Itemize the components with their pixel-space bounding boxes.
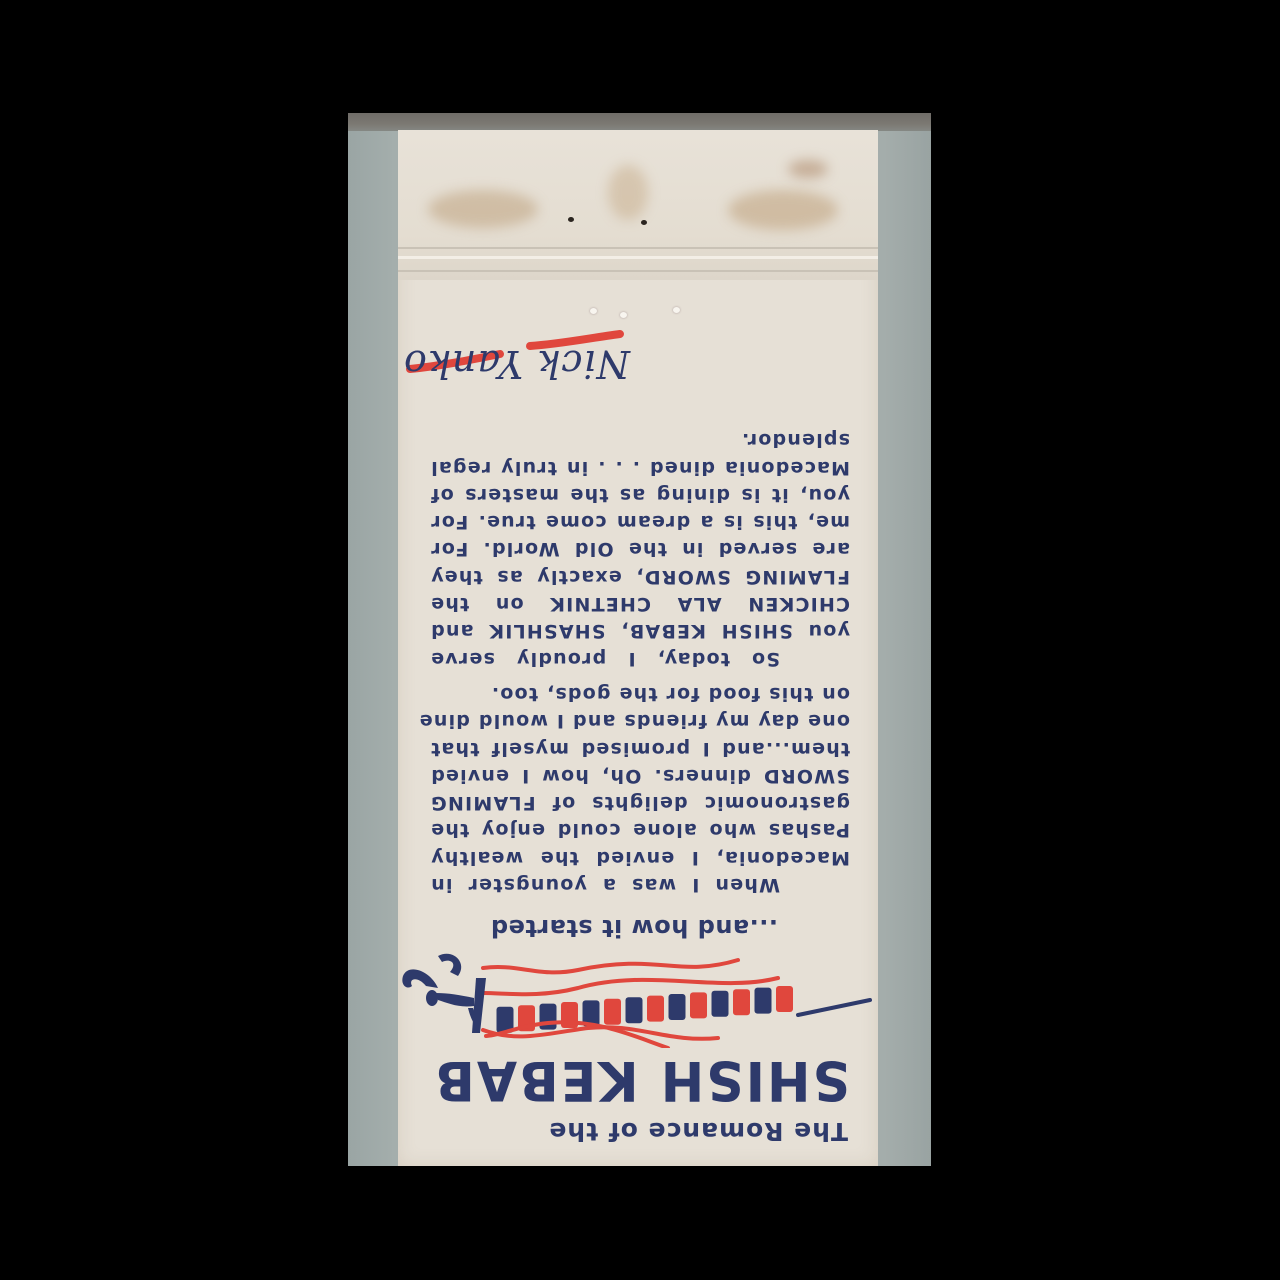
story-line: So today, I proudly serve <box>430 644 850 671</box>
stain <box>788 160 828 178</box>
matchbook-cover: The Romance of the SHISH KEBAB <box>398 130 878 1166</box>
signature-text: Nick Yanko <box>403 342 630 386</box>
fold-line <box>398 247 878 249</box>
fold-line <box>398 256 878 259</box>
subheading: ...and how it started <box>490 914 778 942</box>
story-line: SWORD dinners. Oh, how I envied <box>430 762 850 789</box>
scan-background: The Romance of the SHISH KEBAB <box>348 113 931 1166</box>
story-line: splendor. <box>430 426 850 453</box>
story-line: Macedonia, I envied the wealthy <box>430 843 850 870</box>
story-line: them...and I promised myself that <box>430 734 850 761</box>
signature: Nick Yanko <box>400 306 630 396</box>
story-line: CHICKEN ALA CHETNIK on the <box>430 590 850 617</box>
headline: SHISH KEBAB <box>433 1049 850 1112</box>
story-line: are served in the Old World. For <box>430 535 850 562</box>
fold-line <box>398 270 878 272</box>
story-line: gastronomic delights of FLAMING <box>430 789 850 816</box>
stain <box>428 190 538 228</box>
story-line: me, this is a dream come true. For <box>430 508 850 535</box>
story-line: When I was a youngster in <box>430 871 850 898</box>
story-text: When I was a youngster inMacedonia, I en… <box>430 426 850 898</box>
story-line: Macedonia dined . . . in truly regal <box>430 453 850 480</box>
story-line: you SHISH KEBAB, SHASHLIK and <box>430 617 850 644</box>
intro-line: The Romance of the <box>548 1117 848 1146</box>
printed-content-upside-down: The Romance of the SHISH KEBAB <box>398 280 878 1166</box>
flaming-sword-kebab-icon <box>398 943 878 1048</box>
striker-fold-area <box>398 130 878 280</box>
burn-mark <box>568 217 574 222</box>
story-line: on this food for the gods, too. <box>430 680 850 707</box>
burn-mark <box>641 220 647 225</box>
scanner-top-strip <box>348 113 931 131</box>
story-line: Pashas who alone could enjoy the <box>430 816 850 843</box>
story-line: FLAMING SWORD, exactly as they <box>430 562 850 589</box>
stain <box>728 190 838 230</box>
story-line: you, it is dining as the masters of <box>430 481 850 508</box>
story-line: one day my friends and I would dine <box>430 707 850 734</box>
stain <box>608 165 648 220</box>
